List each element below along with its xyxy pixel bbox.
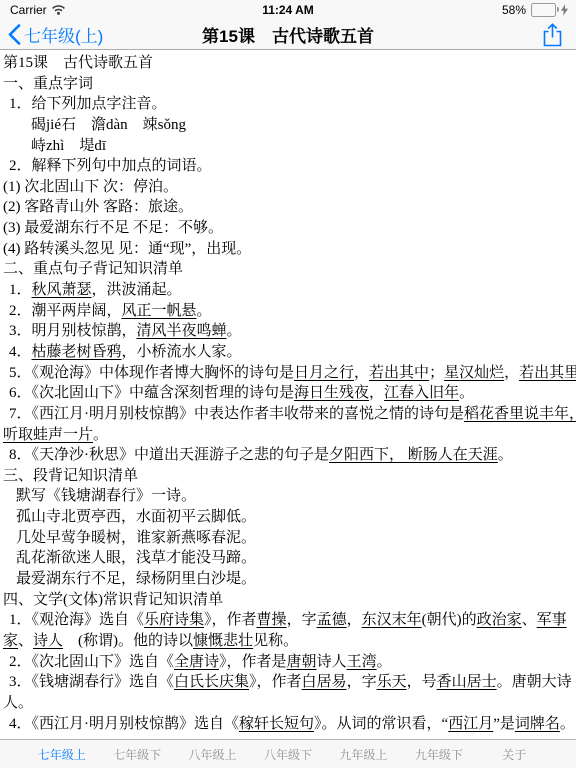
- text-line: 三、段背记知识清单: [0, 466, 576, 487]
- battery-icon: [531, 3, 556, 17]
- text-line: (2) 客路青山外 客路：旅途。: [0, 197, 576, 218]
- status-bar: Carrier 11:24 AM 58%: [0, 0, 576, 20]
- blank-answer: 夕阳西下， 断肠人在天涯: [329, 447, 498, 463]
- text-line: 二、重点句子背记知识清单: [0, 259, 576, 280]
- text-line: 3．明月别枝惊鹊，清风半夜鸣蝉。: [0, 321, 576, 342]
- blank-answer: 政治家: [477, 612, 522, 628]
- text-line: 1．秋风萧瑟，洪波涌起。: [0, 280, 576, 301]
- blank-answer: 西江月: [448, 716, 493, 732]
- blank-answer: 词牌名: [515, 716, 560, 732]
- blank-answer: 枯藤老树昏鸦: [32, 344, 122, 360]
- blank-answer: 诗人: [33, 633, 63, 649]
- tab-grade8-2[interactable]: 八年级下: [250, 746, 325, 763]
- blank-answer: 日月之行: [294, 365, 354, 381]
- blank-answer: 王湾: [347, 654, 377, 670]
- text-line: 1．《观沧海》选自《乐府诗集》，作者曹操，字孟德，东汉末年(朝代)的政治家、军事: [0, 610, 576, 631]
- blank-answer: 香山居士: [437, 674, 497, 690]
- lesson-content: 第15课 古代诗歌五首一、重点字词1．给下列加点字注音。碣jié石 澹dàn 竦…: [0, 50, 576, 739]
- blank-answer: 全唐诗: [174, 654, 219, 670]
- blank-answer: 星汉灿烂: [444, 365, 504, 381]
- tab-grade7-1[interactable]: 七年级上: [24, 746, 99, 763]
- text-line: 5．《观沧海》中体现作者博大胸怀的诗句是日月之行，若出其中；星汉灿烂，若出其里。: [0, 363, 576, 384]
- blank-answer: 清风半夜鸣蝉: [137, 323, 227, 339]
- text-line: 峙zhì 堤dī: [0, 136, 576, 157]
- tab-bar: 七年级上七年级下八年级上八年级下九年级上九年级下关于: [0, 739, 576, 768]
- blank-answer: 乐府诗集: [144, 612, 204, 628]
- text-line: 最爱湖东行不足，绿杨阴里白沙堤。: [0, 569, 576, 590]
- tab-grade9-1[interactable]: 九年级上: [326, 746, 401, 763]
- text-line: 3．《钱塘湖春行》选自《白氏长庆集》，作者白居易，字乐天，号香山居士。唐朝大诗: [0, 672, 576, 693]
- blank-answer: 孟德: [317, 612, 347, 628]
- blank-answer: 稻花香里说丰年，: [464, 406, 576, 422]
- blank-answer: 若出其里: [519, 365, 576, 381]
- blank-answer: 若出其中: [369, 365, 429, 381]
- tab-grade7-2[interactable]: 七年级下: [99, 746, 174, 763]
- text-line: 2．《次北固山下》选自《全唐诗》，作者是唐朝诗人王湾。: [0, 652, 576, 673]
- chevron-left-icon: [8, 24, 21, 45]
- tab-about[interactable]: 关于: [477, 746, 552, 763]
- blank-answer: 江春入旧年: [384, 385, 459, 401]
- text-line: 4．《西江月·明月别枝惊鹊》选自《稼轩长短句》。从词的常识看，“西江月”是词牌名…: [0, 714, 576, 735]
- text-line: 几处早莺争暖树，谁家新燕啄春泥。: [0, 528, 576, 549]
- blank-answer: 秋风萧瑟: [32, 282, 92, 298]
- text-line: 人。: [0, 693, 576, 714]
- blank-answer: 军事: [537, 612, 567, 628]
- blank-answer: 慷慨悲壮: [193, 633, 253, 649]
- text-line: 四、文学(文体)常识背记知识清单: [0, 590, 576, 611]
- text-line: 孤山寺北贾亭西，水面初平云脚低。: [0, 507, 576, 528]
- blank-answer: 乐天: [377, 674, 407, 690]
- text-line: 1．给下列加点字注音。: [0, 94, 576, 115]
- blank-answer: 听取蛙声一片: [3, 427, 93, 443]
- blank-answer: 风正一帆悬: [122, 303, 197, 319]
- charging-bolt-icon: [561, 4, 568, 16]
- text-line: 默写《钱塘湖春行》一诗。: [0, 486, 576, 507]
- text-line: 4．枯藤老树昏鸦，小桥流水人家。: [0, 342, 576, 363]
- text-line: (1) 次北固山下 次：停泊。: [0, 177, 576, 198]
- blank-answer: 稼轩长短句: [239, 716, 314, 732]
- share-button[interactable]: [543, 22, 562, 48]
- battery-tip: [557, 7, 560, 12]
- text-line: 2．潮平两岸阔，风正一帆悬。: [0, 301, 576, 322]
- tab-grade9-2[interactable]: 九年级下: [401, 746, 476, 763]
- blank-answer: 家: [3, 633, 18, 649]
- back-button-label: 七年级(上): [24, 22, 103, 47]
- share-icon: [543, 23, 562, 47]
- text-line: 碣jié石 澹dàn 竦sǒng: [0, 115, 576, 136]
- clock: 11:24 AM: [0, 3, 576, 17]
- text-line: 家、诗人 (称谓)。他的诗以慷慨悲壮见称。: [0, 631, 576, 652]
- content-lines: 第15课 古代诗歌五首一、重点字词1．给下列加点字注音。碣jié石 澹dàn 竦…: [0, 53, 576, 734]
- text-line: 第15课 古代诗歌五首: [0, 53, 576, 74]
- blank-answer: 白氏长庆集: [174, 674, 249, 690]
- text-line: (3) 最爱湖东行不足 不足：不够。: [0, 218, 576, 239]
- text-line: 7．《西江月·明月别枝惊鹊》中表达作者丰收带来的喜悦之情的诗句是稻花香里说丰年，: [0, 404, 576, 425]
- text-line: 2．解释下列句中加点的词语。: [0, 156, 576, 177]
- text-line: 一、重点字词: [0, 74, 576, 95]
- blank-answer: 曹操: [257, 612, 287, 628]
- back-button[interactable]: 七年级(上): [8, 20, 103, 49]
- blank-answer: 唐朝: [287, 654, 317, 670]
- blank-answer: 海日生残夜: [294, 385, 369, 401]
- text-line: 乱花渐欲迷人眼，浅草才能没马蹄。: [0, 548, 576, 569]
- text-line: 6．《次北固山下》中蕴含深刻哲理的诗句是海日生残夜，江春入旧年。: [0, 383, 576, 404]
- blank-answer: 东汉末年: [362, 612, 422, 628]
- nav-bar: 七年级(上) 第15课 古代诗歌五首: [0, 20, 576, 50]
- text-line: 听取蛙声一片。: [0, 425, 576, 446]
- battery-percent-label: 58%: [502, 3, 526, 17]
- text-line: (4) 路转溪头忽见 见：通“现”，出现。: [0, 239, 576, 260]
- blank-answer: 白居易: [302, 674, 347, 690]
- tab-grade8-1[interactable]: 八年级上: [175, 746, 250, 763]
- text-line: 8．《天净沙·秋思》中道出天涯游子之悲的句子是夕阳西下， 断肠人在天涯。: [0, 445, 576, 466]
